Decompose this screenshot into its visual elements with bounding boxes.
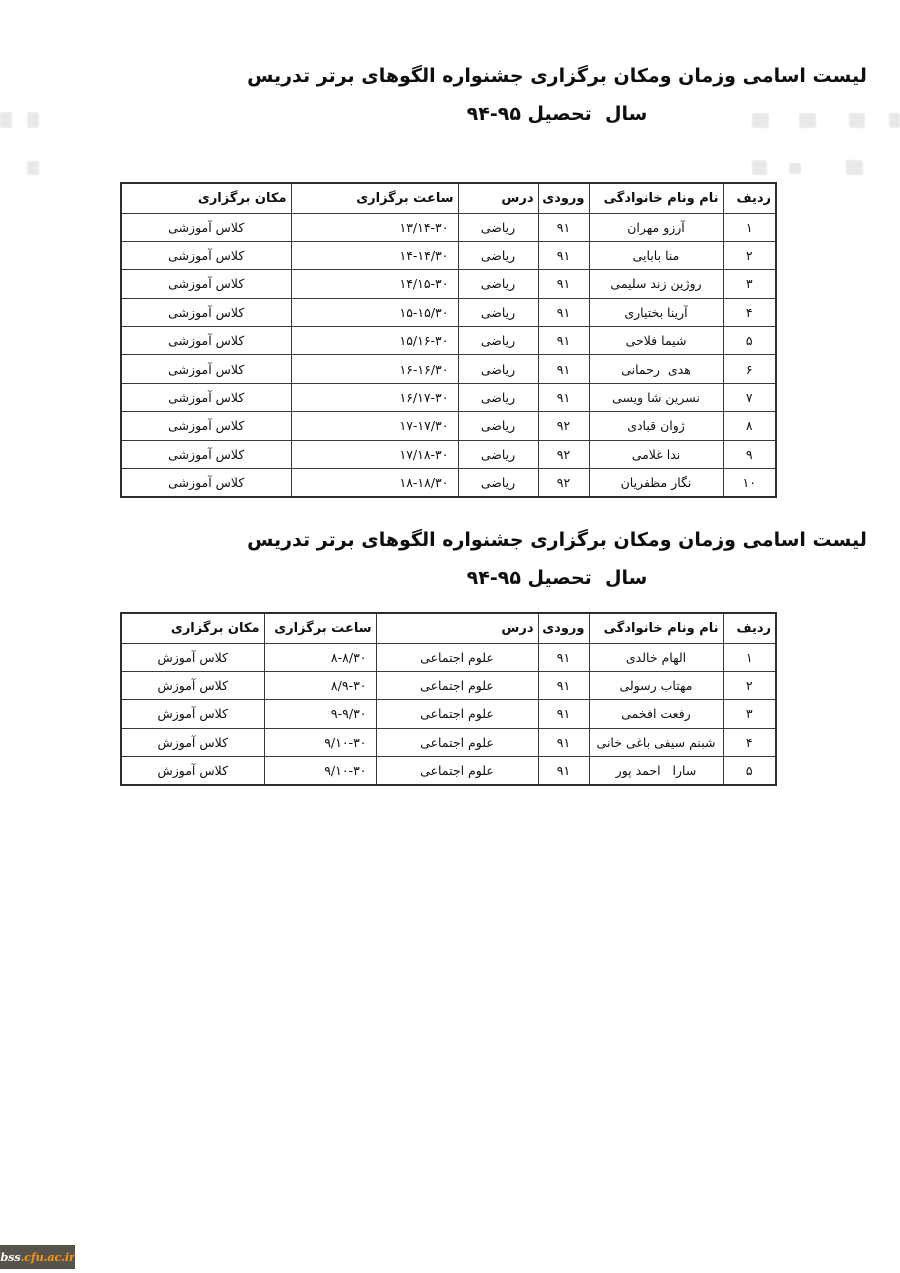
document-title-middle: لیست اسامی وزمان ومکان برگزاری جشنواره ا…: [237, 521, 877, 597]
name-cell: رفعت افخمی: [589, 700, 723, 728]
name-cell: نسرین شا ویسی: [589, 383, 723, 411]
scan-artifact: [0, 112, 12, 128]
site-watermark: bss.cfu.ac.ir: [0, 1245, 75, 1269]
math-schedule-table-wrapper: ردیف نام ونام خانوادگی ورودی درس ساعت بر…: [120, 182, 777, 498]
table-row: ۳رفعت افخمی۹۱علوم اجتماعی۹-۹/۳۰کلاس آموز…: [121, 700, 776, 728]
row-number-cell: ۱۰: [723, 469, 776, 497]
venue-cell: کلاس آموزش: [121, 700, 264, 728]
venue-cell: کلاس آموزشی: [121, 298, 291, 326]
scan-artifact: [752, 113, 769, 128]
column-header-course: درس: [376, 613, 538, 643]
column-header-entry-year: ورودی: [538, 613, 589, 643]
venue-cell: کلاس آموزش: [121, 643, 264, 671]
scan-artifact: [799, 113, 816, 128]
session-time-cell: ۹/۱۰-۳۰: [264, 757, 376, 785]
name-cell: ژوان قبادی: [589, 412, 723, 440]
entry-year-cell: ۹۲: [538, 469, 589, 497]
entry-year-cell: ۹۲: [538, 412, 589, 440]
entry-year-cell: ۹۱: [538, 355, 589, 383]
row-number-cell: ۶: [723, 355, 776, 383]
entry-year-cell: ۹۱: [538, 643, 589, 671]
row-number-cell: ۵: [723, 327, 776, 355]
session-time-cell: ۹-۹/۳۰: [264, 700, 376, 728]
row-number-cell: ۲: [723, 241, 776, 269]
course-cell: علوم اجتماعی: [376, 671, 538, 699]
entry-year-cell: ۹۱: [538, 213, 589, 241]
row-number-cell: ۷: [723, 383, 776, 411]
name-cell: ندا غلامی: [589, 440, 723, 468]
table-row: ۱۰نگار مظفریان۹۲ریاضی۱۸-۱۸/۳۰کلاس آموزشی: [121, 469, 776, 497]
name-cell: سارا احمد پور: [589, 757, 723, 785]
session-time-cell: ۱۴-۱۴/۳۰: [291, 241, 458, 269]
session-time-cell: ۱۶/۱۷-۳۰: [291, 383, 458, 411]
name-cell: روژین زند سلیمی: [589, 270, 723, 298]
entry-year-cell: ۹۲: [538, 440, 589, 468]
course-cell: ریاضی: [458, 383, 538, 411]
scan-artifact: [849, 113, 865, 128]
watermark-suffix: .cfu.ac.ir: [20, 1250, 74, 1264]
entry-year-cell: ۹۱: [538, 383, 589, 411]
name-cell: نگار مظفریان: [589, 469, 723, 497]
table-row: ۱آرزو مهران۹۱ریاضی۱۳/۱۴-۳۰کلاس آموزشی: [121, 213, 776, 241]
course-cell: ریاضی: [458, 213, 538, 241]
session-time-cell: ۱۸-۱۸/۳۰: [291, 469, 458, 497]
session-time-cell: ۱۴/۱۵-۳۰: [291, 270, 458, 298]
session-time-cell: ۸-۸/۳۰: [264, 643, 376, 671]
table-row: ۱الهام خالدی۹۱علوم اجتماعی۸-۸/۳۰کلاس آمو…: [121, 643, 776, 671]
name-cell: منا بابایی: [589, 241, 723, 269]
row-number-cell: ۲: [723, 671, 776, 699]
name-cell: شبنم سیفی باغی خانی: [589, 728, 723, 756]
entry-year-cell: ۹۱: [538, 327, 589, 355]
table-row: ۳روژین زند سلیمی۹۱ریاضی۱۴/۱۵-۳۰کلاس آموز…: [121, 270, 776, 298]
scan-artifact: [789, 163, 801, 174]
row-number-cell: ۱: [723, 643, 776, 671]
header-row: ردیف نام ونام خانوادگی ورودی درس ساعت بر…: [121, 613, 776, 643]
scan-artifact: [752, 160, 767, 175]
course-cell: ریاضی: [458, 355, 538, 383]
social-schedule-table-wrapper: ردیف نام ونام خانوادگی ورودی درس ساعت بر…: [120, 612, 777, 786]
table-row: ۵شیما فلاحی۹۱ریاضی۱۵/۱۶-۳۰کلاس آموزشی: [121, 327, 776, 355]
scan-artifact: [27, 112, 39, 128]
row-number-cell: ۱: [723, 213, 776, 241]
document-page: لیست اسامی وزمان ومکان برگزاری جشنواره ا…: [0, 0, 900, 1273]
column-header-row-number: ردیف: [723, 613, 776, 643]
column-header-full-name: نام ونام خانوادگی: [589, 613, 723, 643]
social-schedule-table: ردیف نام ونام خانوادگی ورودی درس ساعت بر…: [120, 612, 777, 786]
watermark-prefix: bss: [0, 1250, 20, 1264]
venue-cell: کلاس آموزش: [121, 757, 264, 785]
row-number-cell: ۵: [723, 757, 776, 785]
scan-artifact: [889, 113, 900, 128]
header-row: ردیف نام ونام خانوادگی ورودی درس ساعت بر…: [121, 183, 776, 213]
row-number-cell: ۴: [723, 728, 776, 756]
entry-year-cell: ۹۱: [538, 298, 589, 326]
row-number-cell: ۸: [723, 412, 776, 440]
name-cell: مهتاب رسولی: [589, 671, 723, 699]
entry-year-cell: ۹۱: [538, 728, 589, 756]
table-row: ۹ندا غلامی۹۲ریاضی۱۷/۱۸-۳۰کلاس آموزشی: [121, 440, 776, 468]
session-time-cell: ۱۷/۱۸-۳۰: [291, 440, 458, 468]
name-cell: آرزو مهران: [589, 213, 723, 241]
row-number-cell: ۳: [723, 700, 776, 728]
venue-cell: کلاس آموزشی: [121, 213, 291, 241]
column-header-full-name: نام ونام خانوادگی: [589, 183, 723, 213]
table-row: ۷نسرین شا ویسی۹۱ریاضی۱۶/۱۷-۳۰کلاس آموزشی: [121, 383, 776, 411]
venue-cell: کلاس آموزشی: [121, 383, 291, 411]
entry-year-cell: ۹۱: [538, 700, 589, 728]
entry-year-cell: ۹۱: [538, 270, 589, 298]
course-cell: ریاضی: [458, 327, 538, 355]
course-cell: ریاضی: [458, 270, 538, 298]
course-cell: علوم اجتماعی: [376, 643, 538, 671]
math-schedule-table: ردیف نام ونام خانوادگی ورودی درس ساعت بر…: [120, 182, 777, 498]
name-cell: هدی رحمانی: [589, 355, 723, 383]
course-cell: ریاضی: [458, 298, 538, 326]
table-row: ۵سارا احمد پور۹۱علوم اجتماعی۹/۱۰-۳۰کلاس …: [121, 757, 776, 785]
venue-cell: کلاس آموزشی: [121, 327, 291, 355]
session-time-cell: ۸/۹-۳۰: [264, 671, 376, 699]
row-number-cell: ۳: [723, 270, 776, 298]
column-header-session-time: ساعت برگزاری: [264, 613, 376, 643]
session-time-cell: ۹/۱۰-۳۰: [264, 728, 376, 756]
table-row: ۶هدی رحمانی۹۱ریاضی۱۶-۱۶/۳۰کلاس آموزشی: [121, 355, 776, 383]
column-header-row-number: ردیف: [723, 183, 776, 213]
column-header-venue: مکان برگزاری: [121, 183, 291, 213]
entry-year-cell: ۹۱: [538, 241, 589, 269]
column-header-venue: مکان برگزاری: [121, 613, 264, 643]
session-time-cell: ۱۵-۱۵/۳۰: [291, 298, 458, 326]
course-cell: ریاضی: [458, 412, 538, 440]
table-row: ۴آرینا بختیاری۹۱ریاضی۱۵-۱۵/۳۰کلاس آموزشی: [121, 298, 776, 326]
scan-artifact: [27, 161, 39, 175]
session-time-cell: ۱۶-۱۶/۳۰: [291, 355, 458, 383]
course-cell: ریاضی: [458, 469, 538, 497]
session-time-cell: ۱۷-۱۷/۳۰: [291, 412, 458, 440]
name-cell: آرینا بختیاری: [589, 298, 723, 326]
venue-cell: کلاس آموزشی: [121, 412, 291, 440]
session-time-cell: ۱۳/۱۴-۳۰: [291, 213, 458, 241]
venue-cell: کلاس آموزشی: [121, 355, 291, 383]
row-number-cell: ۹: [723, 440, 776, 468]
venue-cell: کلاس آموزش: [121, 728, 264, 756]
venue-cell: کلاس آموزش: [121, 671, 264, 699]
table-row: ۲مهتاب رسولی۹۱علوم اجتماعی۸/۹-۳۰کلاس آمو…: [121, 671, 776, 699]
venue-cell: کلاس آموزشی: [121, 270, 291, 298]
venue-cell: کلاس آموزشی: [121, 241, 291, 269]
course-cell: ریاضی: [458, 440, 538, 468]
course-cell: علوم اجتماعی: [376, 757, 538, 785]
table-row: ۴شبنم سیفی باغی خانی۹۱علوم اجتماعی۹/۱۰-۳…: [121, 728, 776, 756]
course-cell: علوم اجتماعی: [376, 700, 538, 728]
document-title-top: لیست اسامی وزمان ومکان برگزاری جشنواره ا…: [237, 57, 877, 133]
course-cell: علوم اجتماعی: [376, 728, 538, 756]
column-header-entry-year: ورودی: [538, 183, 589, 213]
entry-year-cell: ۹۱: [538, 757, 589, 785]
session-time-cell: ۱۵/۱۶-۳۰: [291, 327, 458, 355]
column-header-session-time: ساعت برگزاری: [291, 183, 458, 213]
entry-year-cell: ۹۱: [538, 671, 589, 699]
table-row: ۲منا بابایی۹۱ریاضی۱۴-۱۴/۳۰کلاس آموزشی: [121, 241, 776, 269]
table-row: ۸ژوان قبادی۹۲ریاضی۱۷-۱۷/۳۰کلاس آموزشی: [121, 412, 776, 440]
row-number-cell: ۴: [723, 298, 776, 326]
column-header-course: درس: [458, 183, 538, 213]
scan-artifact: [846, 160, 863, 175]
course-cell: ریاضی: [458, 241, 538, 269]
venue-cell: کلاس آموزشی: [121, 440, 291, 468]
name-cell: شیما فلاحی: [589, 327, 723, 355]
name-cell: الهام خالدی: [589, 643, 723, 671]
venue-cell: کلاس آموزشی: [121, 469, 291, 497]
